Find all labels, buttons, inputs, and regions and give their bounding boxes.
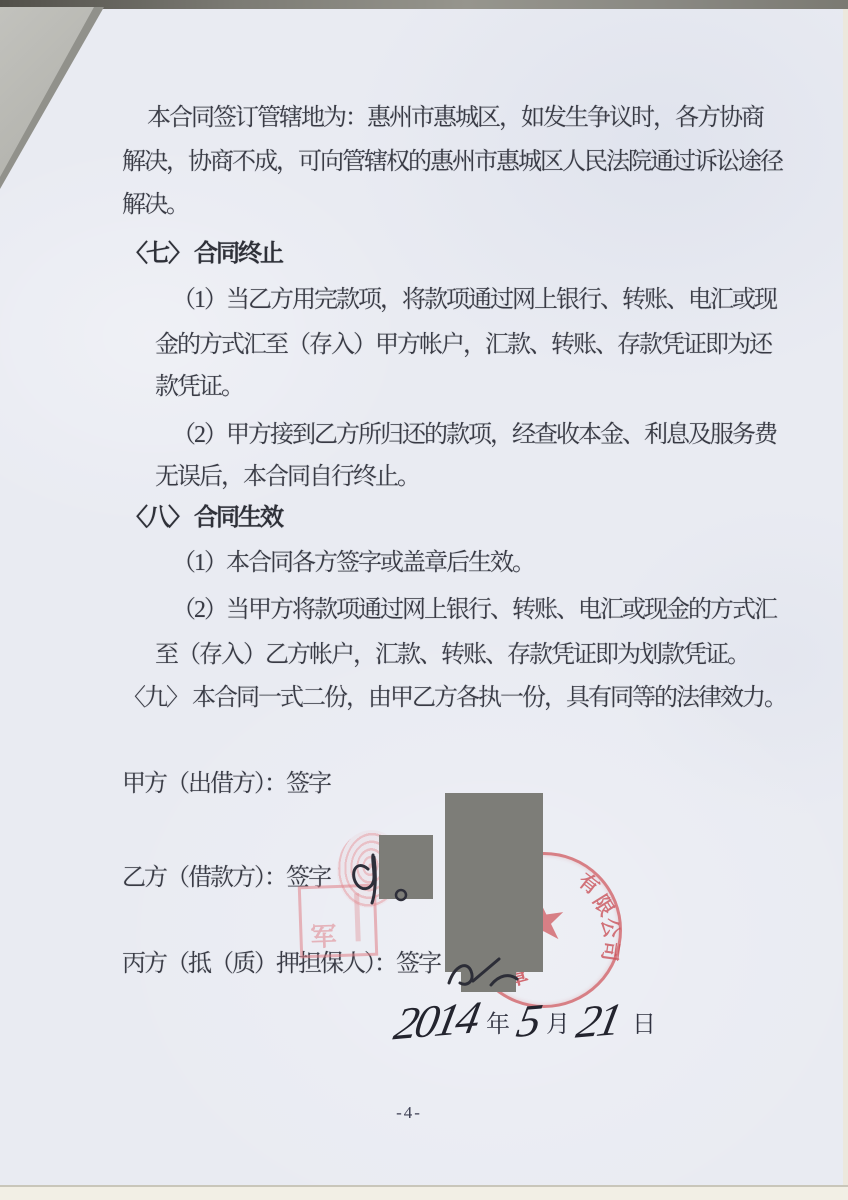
party-b-handwritten-signature	[346, 843, 416, 913]
scanned-contract-page: 本合同签订管辖地为：惠州市惠城区，如发生争议时，各方协商 解决，协商不成，可向管…	[0, 0, 848, 1200]
date-day-label: 日	[632, 1004, 656, 1039]
contract-line: 款凭证。	[155, 375, 243, 399]
date-year-label: 年	[486, 1004, 510, 1039]
contract-line: （1）本合同各方签字或盖章后生效。	[172, 551, 534, 575]
contract-line: 本合同签订管辖地为：惠州市惠城区，如发生争议时，各方协商	[147, 106, 763, 130]
stamp-arc-char: 公	[596, 915, 629, 941]
redaction-box-large	[445, 793, 543, 972]
seal-character: 军	[310, 916, 337, 954]
party-c-handwritten-signature	[443, 953, 533, 995]
section-line-9: 〈九〉 本合同一式二份，由甲乙方各执一份，具有同等的法律效力。	[122, 686, 786, 710]
scan-right-edge	[843, 0, 848, 1200]
page-number: -4-	[0, 1103, 818, 1123]
contract-line: 金的方式汇至（存入）甲方帐户，汇款、转账、存款凭证即为还	[155, 333, 771, 357]
contract-line: 无误后，本合同自行终止。	[155, 465, 419, 489]
scan-bottom-edge	[0, 1185, 848, 1200]
party-a-signature-label: 甲方（出借方）：签字	[122, 772, 330, 796]
date-month-label: 月	[546, 1004, 570, 1039]
contract-line: 至（存入）乙方帐户，汇款、转账、存款凭证即为划款凭证。	[155, 643, 749, 667]
contract-line: 解决。	[122, 193, 188, 217]
stamp-arc-char: 司	[596, 940, 628, 964]
scan-top-edge	[0, 0, 848, 9]
contract-date: 2014 年 5 月 21 日	[396, 998, 656, 1044]
party-c-signature-label: 丙方（抵（质）押担保人）：签字	[122, 952, 440, 976]
date-day-handwritten: 21	[573, 996, 623, 1045]
section-heading-8: 〈八〉 合同生效	[124, 506, 282, 530]
contract-line: 解决，协商不成，可向管辖权的惠州市惠城区人民法院通过诉讼途径	[122, 150, 782, 174]
contract-line: （2）当甲方将款项通过网上银行、转账、电汇或现金的方式汇	[172, 598, 776, 622]
date-month-handwritten: 5	[513, 997, 543, 1045]
contract-line: （1）当乙方用完款项，将款项通过网上银行、转账、电汇或现	[172, 288, 776, 312]
contract-line: （2）甲方接到乙方所归还的款项，经查收本金、利息及服务费	[172, 423, 776, 447]
date-year-handwritten: 2014	[391, 995, 482, 1048]
section-heading-7: 〈七〉 合同终止	[124, 242, 282, 266]
